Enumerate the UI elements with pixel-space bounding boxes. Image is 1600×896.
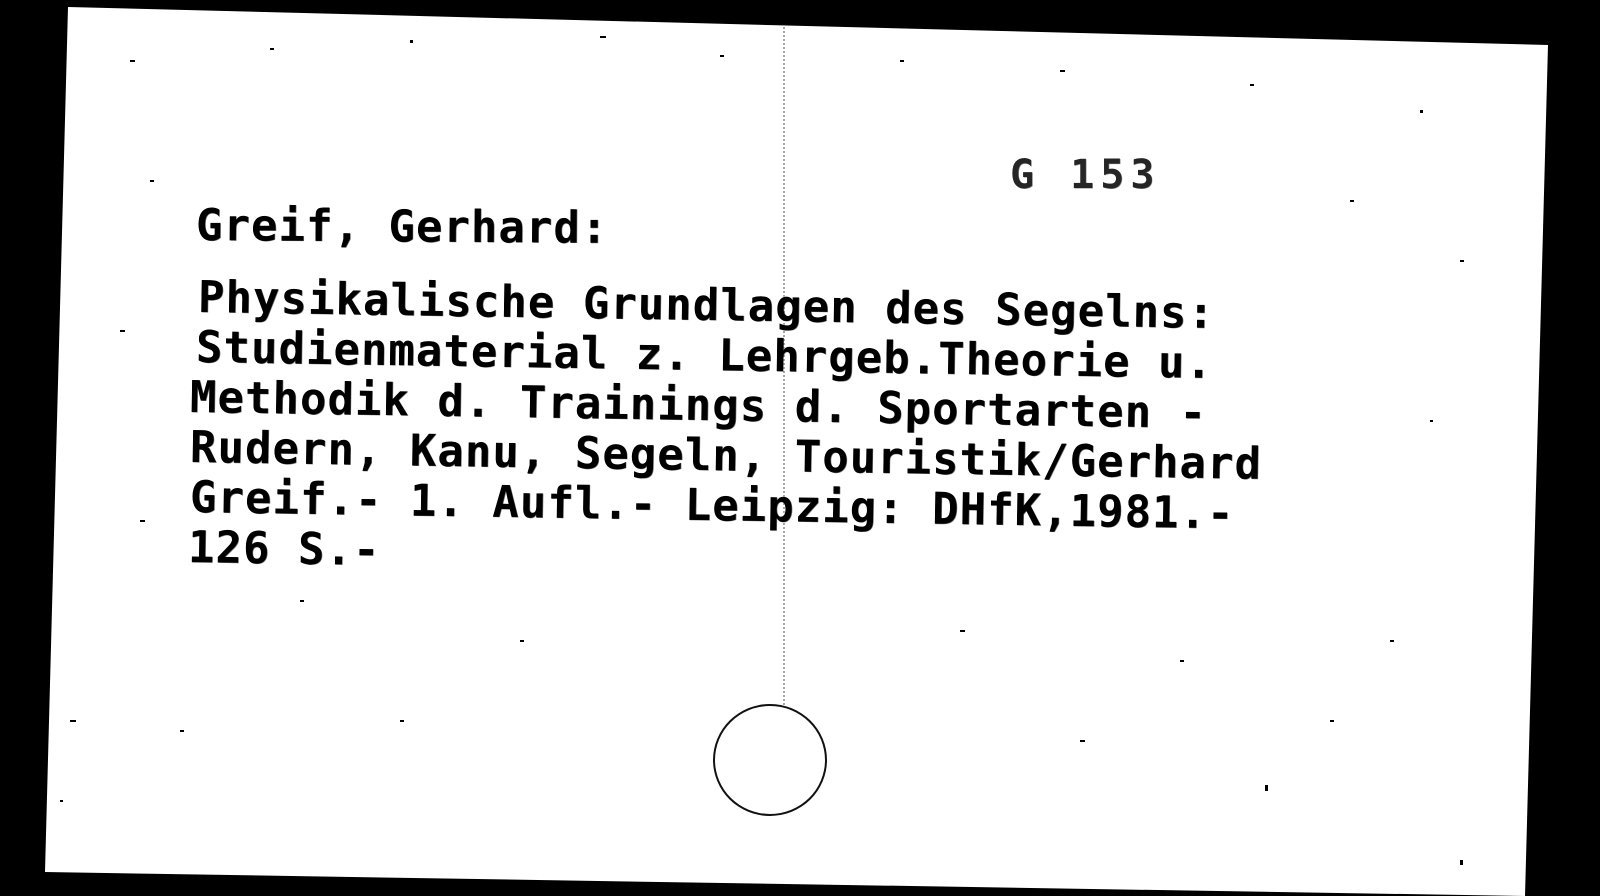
scan-speckle [1350,200,1354,202]
scan-speckle [130,60,135,62]
scan-speckle [520,640,524,642]
scan-speckle [120,330,125,332]
scan-speckle [1080,740,1085,742]
scan-speckle [180,730,184,732]
scan-speckle [1060,70,1065,72]
scan-speckle [720,55,724,57]
scan-speckle [1330,720,1334,722]
scan-speckle [900,60,904,62]
scan-speckle [140,520,145,522]
scan-speckle [70,720,76,722]
scan-speckle [1460,860,1463,865]
scan-speckle [1250,84,1254,86]
call-number: G 153 [1010,152,1160,198]
scanned-document: G 153 Greif, Gerhard: Physikalische Grun… [0,0,1600,896]
author-heading: Greif, Gerhard: [196,200,609,254]
scan-speckle [600,36,606,38]
scan-speckle [400,720,404,722]
scan-speckle [150,180,154,182]
scan-speckle [1390,640,1394,642]
punch-hole [713,704,827,816]
scan-speckle [60,800,63,802]
pagination-line: 126 S.- [188,522,381,576]
catalog-card: G 153 Greif, Gerhard: Physikalische Grun… [0,0,1600,896]
scan-speckle [1265,785,1268,791]
scan-speckle [1460,260,1464,262]
scan-speckle [1180,660,1184,662]
scan-speckle [1420,110,1423,113]
scan-speckle [300,600,304,602]
scan-speckle [270,48,274,50]
scan-speckle [960,630,965,632]
scan-speckle [410,40,413,43]
scan-speckle [1430,420,1433,422]
